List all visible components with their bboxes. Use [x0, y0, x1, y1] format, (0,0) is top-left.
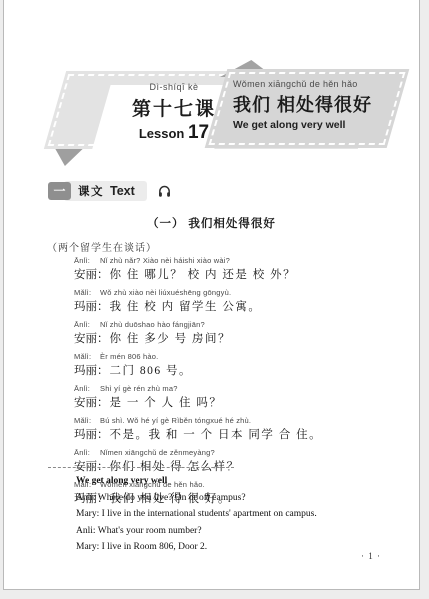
speaker-pinyin: Mǎlì: [74, 352, 100, 361]
speaker-hanzi: 玛丽： [74, 429, 109, 441]
headphones-icon [157, 184, 172, 199]
pinyin-text: Shì yí gè rén zhù ma? [100, 384, 178, 393]
pinyin-line: Ānlì:Nǐ zhù nǎr? Xiào nèi háishi xiào wà… [74, 256, 384, 265]
dialogue-exchange: Mǎlì:Èr mén 806 hào. 玛丽：二门 806 号。 [74, 352, 384, 378]
page-number: · 1 · [361, 551, 381, 561]
section-label: 课文Text [64, 181, 147, 201]
section-label-english: Text [110, 184, 135, 198]
translation-line: Anli: Where do you live? On or off campu… [76, 490, 376, 507]
lesson-number: 17 [188, 122, 209, 143]
hanzi-text: 不是。我 和 一 个 日本 同学 合 住。 [110, 429, 323, 441]
hanzi-text: 你 住 多少 号 房间？ [110, 333, 232, 345]
lesson-number-block: Dì-shíqī kè 第十七课 Lesson 17 [116, 82, 232, 144]
lesson-label: Lesson [139, 126, 188, 141]
speaker-pinyin: Mǎlì: [74, 288, 100, 297]
pinyin-text: Nǐ zhù nǎr? Xiào nèi háishi xiào wài? [100, 256, 230, 265]
translation-title: We get along very well [76, 473, 376, 490]
speaker-pinyin: Ānlì: [74, 448, 100, 457]
lesson-number-pinyin: Dì-shíqī kè [116, 82, 232, 92]
speaker-hanzi: 玛丽： [74, 301, 109, 313]
hanzi-line: 玛丽：二门 806 号。 [74, 362, 384, 378]
speaker-pinyin: Mǎlì: [74, 416, 100, 425]
hanzi-text: 二门 806 号。 [110, 365, 193, 377]
translation-block: We get along very well Anli: Where do yo… [76, 473, 376, 556]
pinyin-line: Ānlì:Nǐ zhù duōshao hào fángjiān? [74, 320, 384, 329]
hanzi-line: 玛丽：我 住 校 内 留学生 公寓。 [74, 298, 384, 314]
hanzi-text: 我 住 校 内 留学生 公寓。 [110, 301, 262, 313]
pinyin-line: Mǎlì:Wǒ zhù xiào nèi liúxuéshēng gōngyù. [74, 288, 384, 297]
pinyin-text: Èr mén 806 hào. [100, 352, 158, 361]
lesson-header-banner: Dì-shíqī kè 第十七课 Lesson 17 Wǒmen xiāngch… [4, 0, 419, 175]
pinyin-text: Bú shì. Wǒ hé yí gè Rìběn tóngxué hé zhù… [100, 416, 251, 425]
pinyin-line: Mǎlì:Èr mén 806 hào. [74, 352, 384, 361]
pinyin-text: Nǐ zhù duōshao hào fángjiān? [100, 320, 205, 329]
dialogue-subtitle: （一） 我们相处得很好 [4, 215, 419, 231]
dialogue-exchange: Ānlì:Nǐ zhù duōshao hào fángjiān? 安丽：你 住… [74, 320, 384, 346]
hanzi-text: 是 一 个 人 住 吗？ [110, 397, 223, 409]
lesson-title-block: Wǒmen xiāngchǔ de hěn hǎo 我们 相处得很好 We ge… [233, 79, 403, 131]
speaker-hanzi: 玛丽： [74, 365, 109, 377]
dashed-divider [48, 467, 234, 468]
hanzi-line: 玛丽：不是。我 和 一 个 日本 同学 合 住。 [74, 426, 384, 442]
lesson-title-pinyin: Wǒmen xiāngchǔ de hěn hǎo [233, 79, 403, 89]
section-bar-text: 一 课文Text [48, 181, 172, 201]
speaker-pinyin: Ānlì: [74, 320, 100, 329]
textbook-page: Dì-shíqī kè 第十七课 Lesson 17 Wǒmen xiāngch… [3, 0, 420, 590]
dialogue-exchange: Mǎlì:Bú shì. Wǒ hé yí gè Rìběn tóngxué h… [74, 416, 384, 442]
dialogue-exchange: Mǎlì:Wǒ zhù xiào nèi liúxuéshēng gōngyù.… [74, 288, 384, 314]
speaker-pinyin: Ānlì: [74, 256, 100, 265]
stage-direction: （两个留学生在谈话） [47, 239, 157, 254]
dialogue-exchange: Ānlì:Nǐmen xiāngchǔ de zěnmeyàng? 安丽：你们 … [74, 448, 384, 474]
section-index-badge: 一 [48, 182, 71, 200]
lesson-number-english: Lesson 17 [116, 122, 232, 144]
speaker-hanzi: 安丽： [74, 397, 109, 409]
hanzi-text: 你 住 哪儿？ 校 内 还是 校 外？ [110, 269, 297, 281]
pinyin-line: Ānlì:Shì yí gè rén zhù ma? [74, 384, 384, 393]
pinyin-line: Ānlì:Nǐmen xiāngchǔ de zěnmeyàng? [74, 448, 384, 457]
pinyin-line: Mǎlì:Bú shì. Wǒ hé yí gè Rìběn tóngxué h… [74, 416, 384, 425]
hanzi-line: 安丽：是 一 个 人 住 吗？ [74, 394, 384, 410]
hanzi-line: 安丽：你 住 多少 号 房间？ [74, 330, 384, 346]
lesson-title-english: We get along very well [233, 119, 403, 131]
translation-line: Mary: I live in the international studen… [76, 506, 376, 523]
dialogue-exchange: Ānlì:Nǐ zhù nǎr? Xiào nèi háishi xiào wà… [74, 256, 384, 282]
speaker-hanzi: 安丽： [74, 333, 109, 345]
lesson-number-hanzi: 第十七课 [116, 94, 232, 121]
speaker-hanzi: 安丽： [74, 269, 109, 281]
pinyin-text: Wǒ zhù xiào nèi liúxuéshēng gōngyù. [100, 288, 231, 297]
translation-line: Mary: I live in Room 806, Door 2. [76, 539, 376, 556]
hanzi-line: 安丽：你 住 哪儿？ 校 内 还是 校 外？ [74, 266, 384, 282]
dialogue-exchange: Ānlì:Shì yí gè rén zhù ma? 安丽：是 一 个 人 住 … [74, 384, 384, 410]
hanzi-line: 安丽：你们 相处 得 怎么样？ [74, 458, 384, 474]
section-label-hanzi: 课文 [78, 186, 104, 198]
translation-line: Anli: What's your room number? [76, 523, 376, 540]
pinyin-text: Nǐmen xiāngchǔ de zěnmeyàng? [100, 448, 215, 457]
lesson-title-hanzi: 我们 相处得很好 [233, 91, 403, 117]
speaker-pinyin: Ānlì: [74, 384, 100, 393]
